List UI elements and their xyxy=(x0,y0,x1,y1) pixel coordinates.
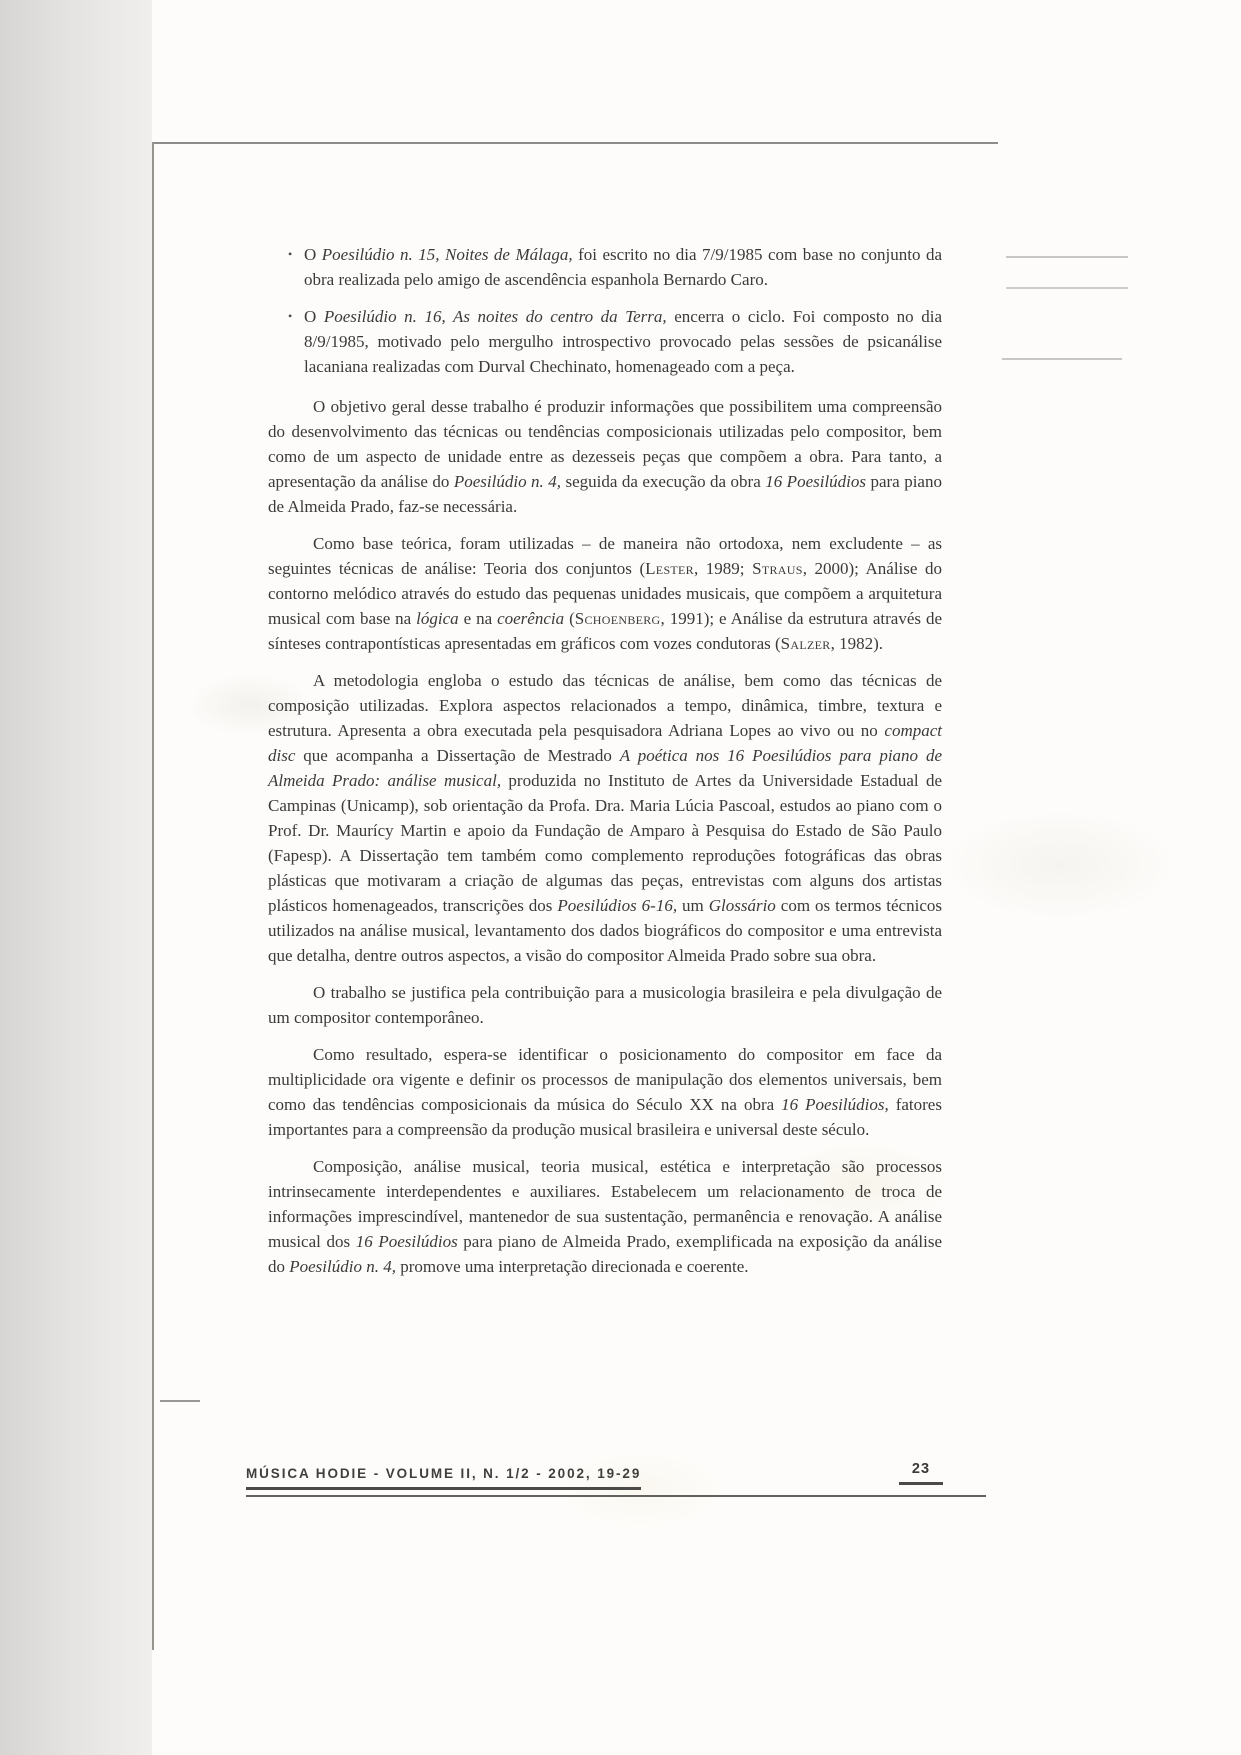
bullet-item: •O Poesilúdio n. 15, Noites de Málaga, f… xyxy=(268,242,942,292)
text-segment: Salzer xyxy=(781,634,831,653)
text-segment: 16 Poesilúdios xyxy=(765,472,866,491)
text-segment: 16 Poesilúdios xyxy=(356,1232,458,1251)
text-segment: Schoenberg xyxy=(575,609,661,628)
text-segment: lógica xyxy=(416,609,459,628)
text-segment: Poesilúdio n. 4, xyxy=(289,1257,396,1276)
bullet-item: •O Poesilúdio n. 16, As noites do centro… xyxy=(268,304,942,379)
text-segment: 16 Poesilúdios, xyxy=(781,1095,889,1114)
page-border-top xyxy=(152,142,998,144)
text-segment: O xyxy=(304,245,322,264)
text-segment: coerência xyxy=(497,609,564,628)
text-segment: Glossário xyxy=(709,896,776,915)
text-segment: produzida no Instituto de Artes da Unive… xyxy=(268,771,942,915)
text-segment: promove uma interpretação direcionada e … xyxy=(396,1257,749,1276)
journal-footer: MÚSICA HODIE - VOLUME II, N. 1/2 - 2002,… xyxy=(246,1466,641,1490)
text-segment: Lester xyxy=(645,559,694,578)
text-segment: que acompanha a Dissertação de Mestrado xyxy=(295,746,619,765)
text-segment: Poesilúdios 6-16, xyxy=(557,896,677,915)
scan-artifact-line xyxy=(1006,256,1128,258)
bullet-icon: • xyxy=(288,304,292,329)
text-segment: , 1982). xyxy=(831,634,883,653)
text-segment: ( xyxy=(564,609,575,628)
text-segment: , 1989; xyxy=(694,559,752,578)
page-border-left xyxy=(152,142,154,1650)
scan-artifact-line xyxy=(1006,287,1128,289)
scanned-page: •O Poesilúdio n. 15, Noites de Málaga, f… xyxy=(0,0,1241,1755)
paragraph: Como resultado, espera-se identificar o … xyxy=(268,1042,942,1142)
text-segment: O trabalho se justifica pela contribuiçã… xyxy=(268,983,942,1027)
paragraph: O objetivo geral desse trabalho é produz… xyxy=(268,394,942,519)
text-segment: e na xyxy=(459,609,497,628)
text-segment: Poesilúdio n. 15, Noites de Málaga, xyxy=(322,245,573,264)
paragraph: Composição, análise musical, teoria musi… xyxy=(268,1154,942,1279)
page-number: 23 xyxy=(899,1461,943,1485)
paragraph: O trabalho se justifica pela contribuiçã… xyxy=(268,980,942,1030)
text-segment: um xyxy=(677,896,709,915)
text-segment: O xyxy=(304,307,324,326)
crop-mark xyxy=(160,1400,200,1402)
article-body: •O Poesilúdio n. 15, Noites de Málaga, f… xyxy=(268,242,942,1279)
scan-edge-shadow xyxy=(0,0,152,1755)
text-segment: seguida da execução da obra xyxy=(561,472,765,491)
paragraph: A metodologia engloba o estudo das técni… xyxy=(268,668,942,968)
footer-rule xyxy=(246,1495,986,1497)
paragraph: Como base teórica, foram utilizadas – de… xyxy=(268,531,942,656)
bullet-icon: • xyxy=(288,242,292,267)
text-segment: Poesilúdio n. 4, xyxy=(454,472,561,491)
text-segment: Straus xyxy=(752,559,803,578)
scan-artifact-line xyxy=(1002,358,1122,360)
text-segment: A metodologia engloba o estudo das técni… xyxy=(268,671,942,740)
text-segment: Poesilúdio n. 16, As noites do centro da… xyxy=(324,307,667,326)
